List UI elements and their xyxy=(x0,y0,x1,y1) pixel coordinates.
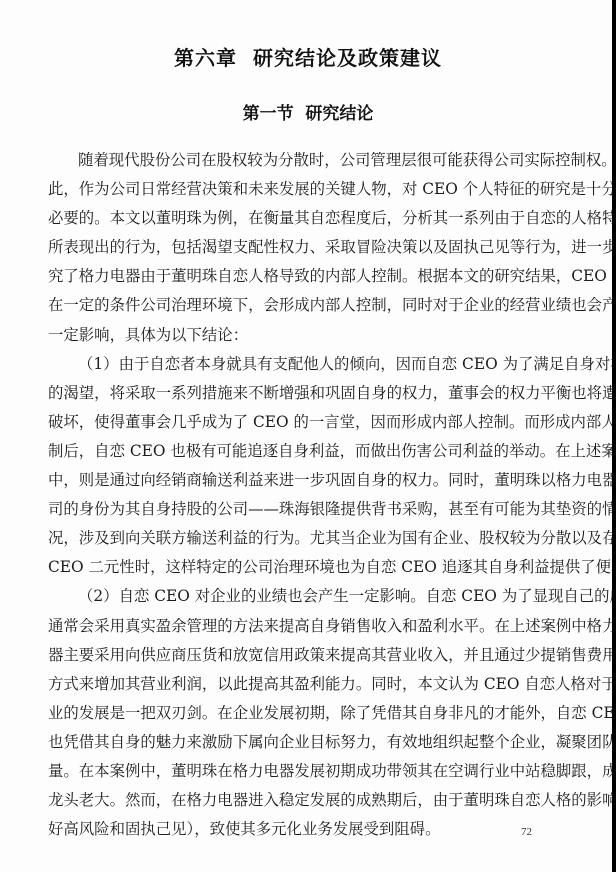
text-line: 所表现出的行为，包括渴望支配性权力、采取冒险决策以及固执己见等行为，进一步研 xyxy=(48,233,572,262)
text-line: 方式来增加其营业利润，以此提高其盈利能力。同时，本文认为 CEO 自恋人格对于企 xyxy=(48,670,572,699)
section-title: 第一节 研究结论 xyxy=(0,99,616,124)
text-line: 制后，自恋 CEO 也极有可能追逐自身利益，而做出伤害公司利益的举动。在上述案例 xyxy=(48,437,572,466)
text-line: 好高风险和固执己见），致使其多元化业务发展受到阻碍。 xyxy=(48,815,572,844)
text-line: 通常会采用真实盈余管理的方法来提高自身销售收入和盈利水平。在上述案例中格力电 xyxy=(48,612,572,641)
text-line: 随着现代股份公司在股权较为分散时，公司管理层很可能获得公司实际控制权。因 xyxy=(48,146,572,175)
text-line: 此，作为公司日常经营决策和未来发展的关键人物，对 CEO 个人特征的研究是十分有 xyxy=(48,175,572,204)
text-line: 中，则是通过向经销商输送利益来进一步巩固自身的权力。同时，董明珠以格力电器公 xyxy=(48,466,572,495)
text-line: CEO 二元性时，这样特定的公司治理环境也为自恋 CEO 追逐其自身利益提供了便… xyxy=(48,553,572,582)
text-line: 的渴望，将采取一系列措施来不断增强和巩固自身的权力，董事会的权力平衡也将遭到 xyxy=(48,379,572,408)
text-line: 一定影响，具体为以下结论： xyxy=(48,321,572,350)
text-line: 器主要采用向供应商压货和放宽信用政策来提高其营业收入，并且通过少提销售费用的 xyxy=(48,641,572,670)
body-text: 随着现代股份公司在股权较为分散时，公司管理层很可能获得公司实际控制权。因 此，作… xyxy=(48,146,572,844)
page-edge-border xyxy=(612,0,616,872)
text-line: 必要的。本文以董明珠为例，在衡量其自恋程度后，分析其一系列由于自恋的人格特征 xyxy=(48,204,572,233)
text-line: 量。在本案例中，董明珠在格力电器发展初期成功带领其在空调行业中站稳脚跟，成为 xyxy=(48,757,572,786)
text-line: 也凭借其自身的魅力来激励下属向企业目标努力，有效地组织起整个企业，凝聚团队力 xyxy=(48,728,572,757)
text-line: 司的身份为其自身持股的公司——珠海银隆提供背书采购，甚至有可能为其垫资的情 xyxy=(48,495,572,524)
document-page: 第六章 研究结论及政策建议 第一节 研究结论 随着现代股份公司在股权较为分散时，… xyxy=(0,0,612,872)
chapter-title: 第六章 研究结论及政策建议 xyxy=(0,42,616,71)
text-line: （2）自恋 CEO 对企业的业绩也会产生一定影响。自恋 CEO 为了显现自己的成… xyxy=(48,582,572,611)
text-line: 龙头老大。然而，在格力电器进入稳定发展的成熟期后，由于董明珠自恋人格的影响（偏 xyxy=(48,786,572,815)
text-line: 究了格力电器由于董明珠自恋人格导致的内部人控制。根据本文的研究结果，CEO 自恋 xyxy=(48,262,572,291)
text-line: 在一定的条件公司治理环境下，会形成内部人控制，同时对于企业的经营业绩也会产生 xyxy=(48,291,572,320)
text-line: 业的发展是一把双刃剑。在企业发展初期，除了凭借其自身非凡的才能外，自恋 CEO xyxy=(48,699,572,728)
text-line: （1）由于自恋者本身就具有支配他人的倾向，因而自恋 CEO 为了满足自身对权力 xyxy=(48,350,572,379)
page-number: 72 xyxy=(521,826,532,838)
text-line: 况，涉及到向关联方输送利益的行为。尤其当企业为国有企业、股权较为分散以及存在 xyxy=(48,524,572,553)
text-line: 破坏，使得董事会几乎成为了 CEO 的一言堂，因而形成内部人控制。而形成内部人控 xyxy=(48,408,572,437)
